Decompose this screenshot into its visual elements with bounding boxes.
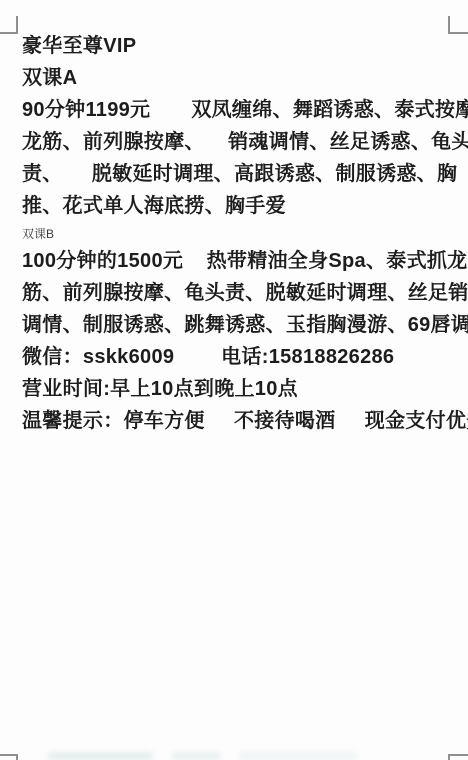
bottom-blur-artifact — [172, 752, 220, 760]
course-a-line-3: 责、 脱敏延时调理、高跟诱惑、制服诱惑、胸 — [22, 158, 458, 190]
notice-line: 温馨提示：停车方便 不接待喝酒 现金支付优先 — [22, 405, 458, 437]
course-b-line-3: 调情、制服诱惑、跳舞诱惑、玉指胸漫游、69唇调 — [22, 309, 458, 341]
margin-mark-bottom-right — [448, 754, 468, 760]
document-body: 豪华至尊VIP 双课A 90分钟1199元 双凤缠绵、舞蹈诱惑、泰式按摩抓 龙筋… — [22, 30, 458, 437]
margin-mark-bottom-left — [0, 754, 18, 760]
course-a-label: 双课A — [22, 62, 458, 94]
course-a-line-2: 龙筋、前列腺按摩、 销魂调情、丝足诱惑、龟头 — [22, 126, 458, 158]
margin-mark-top-left — [0, 16, 18, 34]
course-a-line-1: 90分钟1199元 双凤缠绵、舞蹈诱惑、泰式按摩抓 — [22, 94, 458, 126]
bottom-blur-artifact — [48, 752, 153, 760]
course-b-label: 双课B — [22, 224, 458, 245]
course-b-line-2: 筋、前列腺按摩、龟头责、脱敏延时调理、丝足销魂 — [22, 277, 458, 309]
course-b-line-1: 100分钟的1500元 热带精油全身Spa、泰式抓龙 — [22, 245, 458, 277]
contact-line: 微信：sskk6009 电话:15818826286 — [22, 341, 458, 373]
document-page: 豪华至尊VIP 双课A 90分钟1199元 双凤缠绵、舞蹈诱惑、泰式按摩抓 龙筋… — [0, 0, 468, 760]
business-hours-line: 营业时间:早上10点到晚上10点 — [22, 373, 458, 405]
course-a-line-4: 推、花式单人海底捞、胸手爱 — [22, 190, 458, 222]
bottom-blur-artifact — [238, 752, 358, 760]
page-title: 豪华至尊VIP — [22, 30, 458, 62]
